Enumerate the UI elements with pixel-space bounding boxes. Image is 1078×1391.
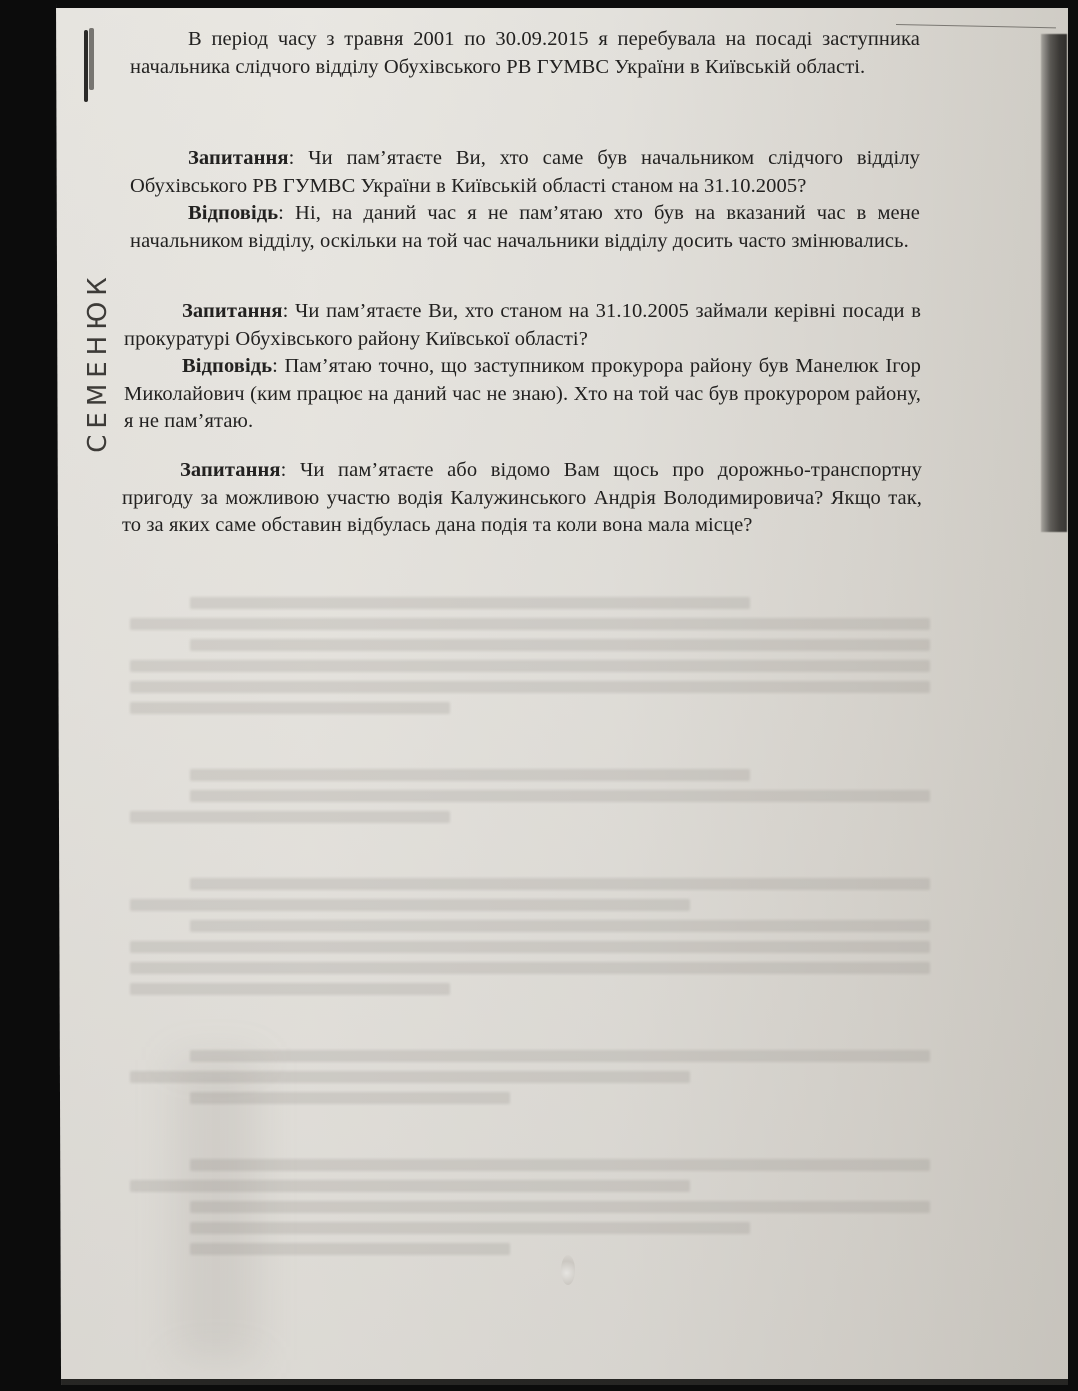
margin-pen-mark xyxy=(84,30,88,102)
answer-2: Відповідь: Пам’ятаю точно, що заступнико… xyxy=(124,353,921,436)
question-label: Запитання xyxy=(180,459,281,481)
margin-pen-mark-shadow xyxy=(89,28,94,90)
intro-paragraph: В період часу з травня 2001 по 30.09.201… xyxy=(130,26,920,81)
question-label: Запитання xyxy=(188,147,289,169)
intro-text: В період часу з травня 2001 по 30.09.201… xyxy=(130,26,920,81)
question-answer-2: Запитання: Чи пам’ятаєте Ви, хто станом … xyxy=(124,298,921,436)
question-1: Запитання: Чи пам’ятаєте Ви, хто саме бу… xyxy=(130,145,920,200)
answer-label: Відповідь xyxy=(188,202,278,224)
reverse-side-bleed-through xyxy=(130,588,930,1261)
answer-label: Відповідь xyxy=(182,355,272,377)
top-edge xyxy=(56,0,1068,8)
question-2: Запитання: Чи пам’ятаєте Ви, хто станом … xyxy=(124,298,921,353)
question-answer-1: Запитання: Чи пам’ятаєте Ви, хто саме бу… xyxy=(130,145,920,255)
bottom-edge xyxy=(56,1379,1068,1385)
question-3: Запитання: Чи пам’ятаєте або відомо Вам … xyxy=(122,457,922,540)
margin-handwritten-name: СЕМЕНЮК xyxy=(78,262,118,462)
question-3-block: Запитання: Чи пам’ятаєте або відомо Вам … xyxy=(122,457,922,540)
handwritten-name-text: СЕМЕНЮК xyxy=(83,271,113,453)
question-label: Запитання xyxy=(182,300,283,322)
scan-edge-stripe xyxy=(1041,34,1067,532)
answer-1: Відповідь: Ні, на даний час я не пам’ята… xyxy=(130,200,920,255)
